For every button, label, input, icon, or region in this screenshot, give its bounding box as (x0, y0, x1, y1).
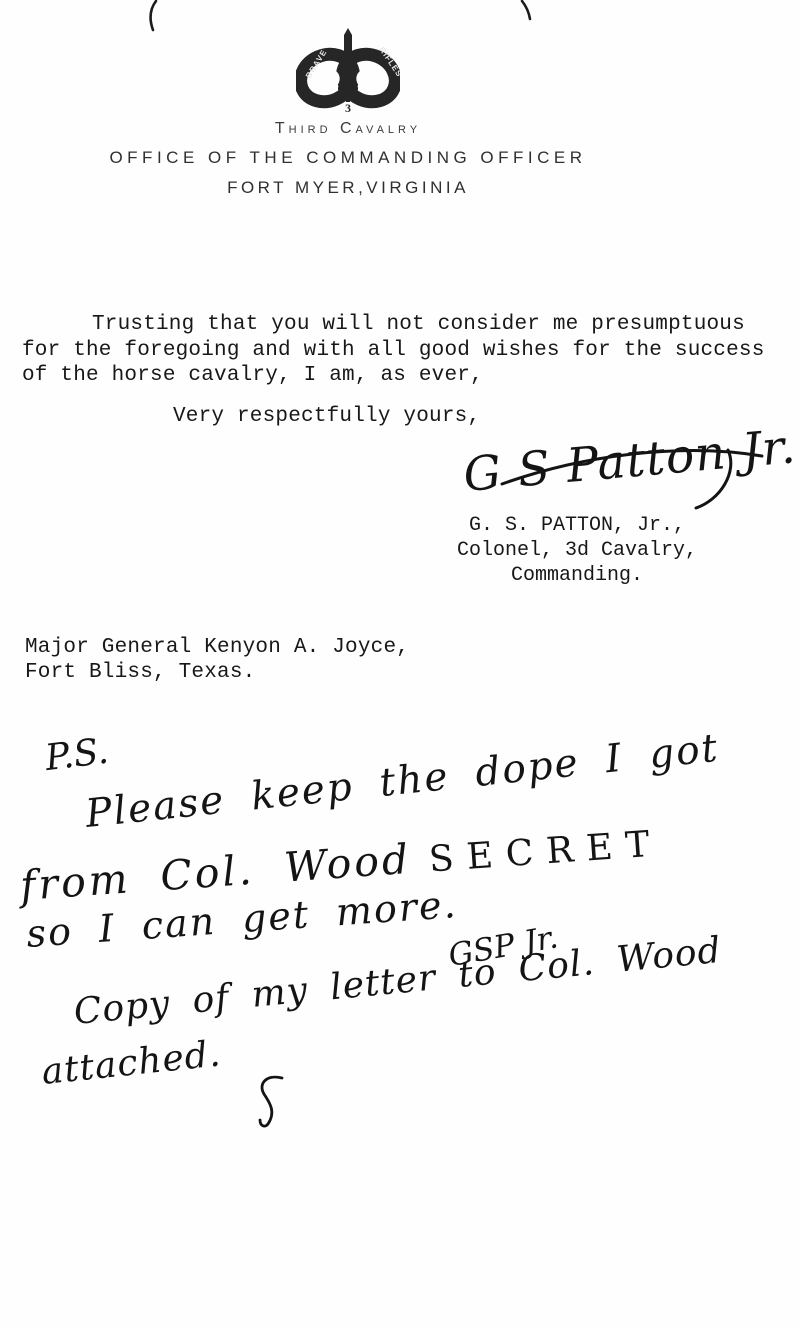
typed-rank: Colonel, 3d Cavalry, (457, 539, 697, 562)
ps-flourish-mark (248, 1072, 292, 1130)
pen-mark-top-right (512, 0, 538, 22)
crest-number-text: 3 (345, 101, 351, 115)
ps-secret-word: SECRET (428, 823, 664, 880)
unit-name: Third Cavalry (0, 120, 696, 138)
pen-mark-top-left (144, 0, 168, 34)
body-line-2: for the foregoing and with all good wish… (22, 338, 765, 363)
ps-line-5: attached. (40, 1033, 223, 1093)
location-line: FORT MYER,VIRGINIA (0, 178, 696, 198)
body-line-3: of the horse cavalry, I am, as ever, (22, 363, 483, 388)
scanned-letter-page: BRAVE RIFLES 3 Third Cavalry OFFICE OF T… (0, 0, 800, 1327)
addressee-line-1: Major General Kenyon A. Joyce, (25, 635, 409, 660)
third-cavalry-insignia: BRAVE RIFLES 3 (296, 28, 400, 116)
body-line-1: Trusting that you will not consider me p… (92, 312, 745, 337)
typed-signature-block: G. S. PATTON, Jr.,Colonel, 3d Cavalry,Co… (452, 513, 702, 588)
addressee-line-2: Fort Bliss, Texas. (25, 660, 255, 685)
typed-title: Commanding. (511, 564, 643, 587)
closing-line: Very respectfully yours, (173, 404, 480, 429)
typed-name: G. S. PATTON, Jr., (469, 514, 685, 537)
ps-label: P.S. (43, 731, 111, 779)
signature-flourish (500, 438, 780, 518)
office-line: OFFICE OF THE COMMANDING OFFICER (0, 148, 696, 168)
